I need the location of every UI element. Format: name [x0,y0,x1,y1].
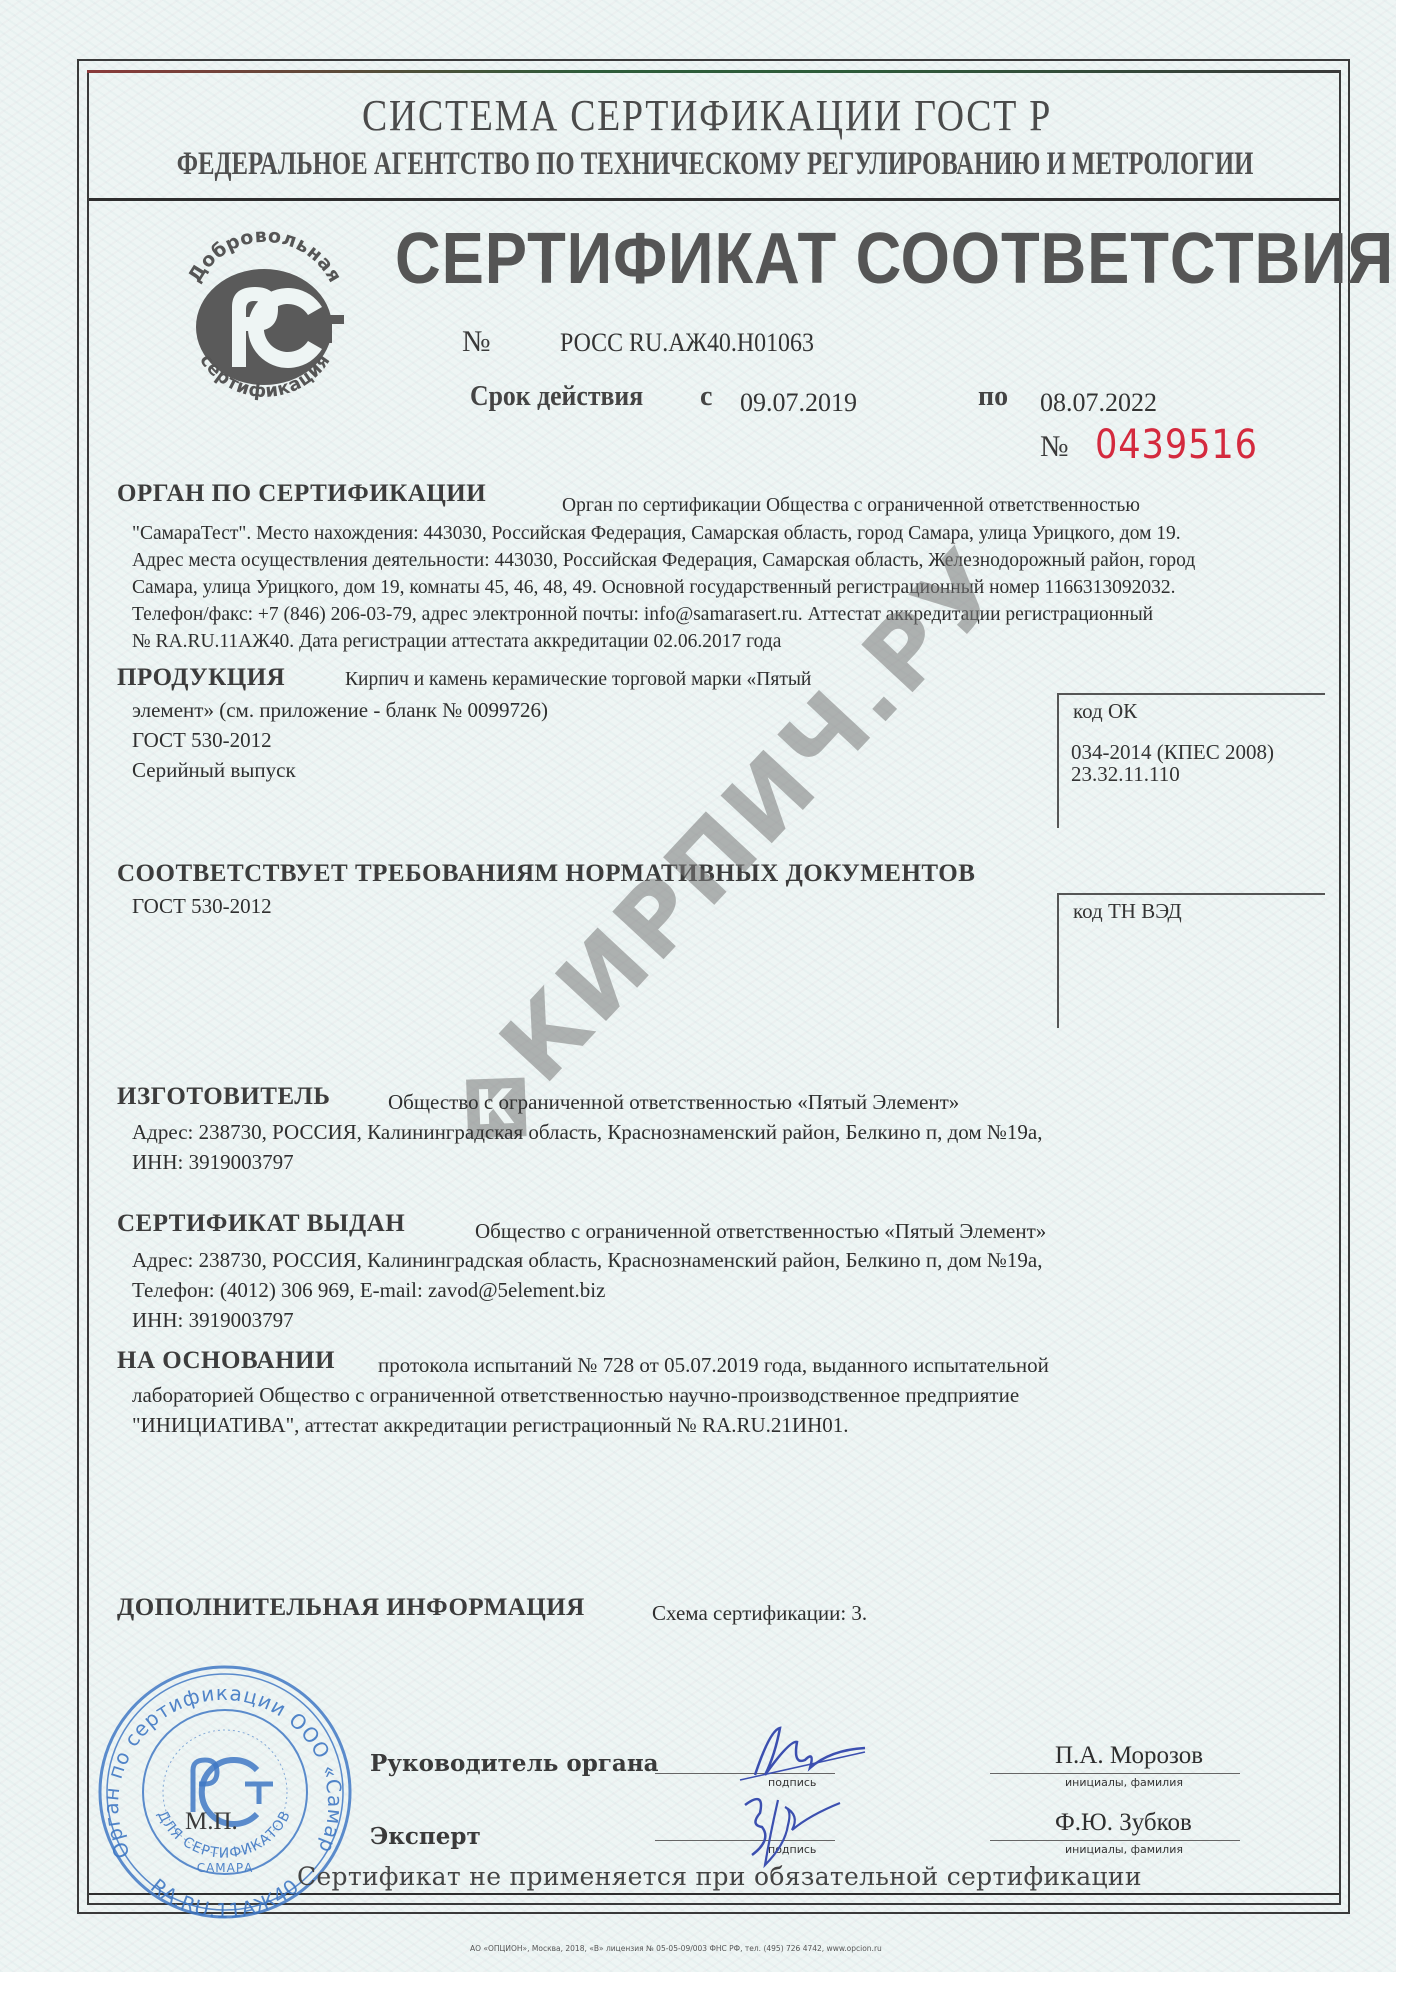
issued-to-line: ИНН: 3919003797 [132,1305,1043,1335]
certification-body-line: "СамараТест". Место нахождения: 443030, … [132,520,1332,547]
valid-to-date: 08.07.2022 [1040,388,1157,418]
expert-role-label: Эксперт [370,1823,481,1850]
blank-number-sign: № [1040,430,1069,464]
conformity-standard: ГОСТ 530-2012 [132,893,272,920]
manufacturer-line: ИНН: 3919003797 [132,1147,1043,1177]
header-divider [89,198,1339,201]
code-ok-line: 23.32.11.110 [1071,763,1274,785]
certification-body-line: № RA.RU.11АЖ40. Дата регистрации аттеста… [132,628,1332,655]
issued-to-line: Адрес: 238730, РОССИЯ, Калининградская о… [132,1245,1043,1275]
printer-info: АО «ОПЦИОН», Москва, 2018, «В» лицензия … [470,1944,882,1953]
certification-body-label: ОРГАН ПО СЕРТИФИКАЦИИ [117,480,486,508]
expert-name-line [990,1840,1240,1841]
product-name: Кирпич и камень керамические торговой ма… [345,666,811,693]
certification-body-line: Самара, улица Урицкого, дом 19, комнаты … [132,574,1332,601]
head-role-label: Руководитель органа [370,1750,659,1777]
disclaimer-text: Сертификат не применяется при обязательн… [297,1862,1142,1891]
basis-line: лабораторией Общество с ограниченной отв… [132,1380,1019,1410]
basis-label: НА ОСНОВАНИИ [117,1347,335,1375]
product-line: элемент» (см. приложение - бланк № 00997… [132,695,548,725]
expert-name-caption: инициалы, фамилия [1065,1843,1183,1856]
basis-line: "ИНИЦИАТИВА", аттестат аккредитации реги… [132,1410,1019,1440]
code-ok-line: 034-2014 (КПЕС 2008) [1071,741,1274,763]
code-ok-box: код ОК 034-2014 (КПЕС 2008) 23.32.11.110 [1057,693,1325,828]
head-signature-icon [735,1720,875,1790]
certification-body-line: Телефон/факс: +7 (846) 206-03-79, адрес … [132,601,1332,628]
additional-info-label: ДОПОЛНИТЕЛЬНАЯ ИНФОРМАЦИЯ [117,1594,585,1622]
conformity-label: СООТВЕТСТВУЕТ ТРЕБОВАНИЯМ НОРМАТИВНЫХ ДО… [117,860,975,888]
manufacturer-line: Адрес: 238730, РОССИЯ, Калининградская о… [132,1117,1043,1147]
number-sign: № [462,325,491,359]
expert-name: Ф.Ю. Зубков [1055,1809,1192,1837]
validity-label: Срок действия [470,381,643,413]
registration-number: РОСС RU.АЖ40.Н01063 [560,328,814,358]
issued-to-details: Адрес: 238730, РОССИЯ, Калининградская о… [132,1245,1043,1335]
svg-text:САМАРА: САМАРА [197,1861,254,1875]
rst-logo-icon: Добровольная сертификация [170,215,360,405]
manufacturer-details: Адрес: 238730, РОССИЯ, Калининградская о… [132,1117,1043,1177]
code-ok-values: 034-2014 (КПЕС 2008) 23.32.11.110 [1071,741,1274,785]
manufacturer-label: ИЗГОТОВИТЕЛЬ [117,1083,330,1111]
code-tnved-label: код ТН ВЭД [1073,899,1182,924]
issued-to-line: Телефон: (4012) 306 969, E-mail: zavod@5… [132,1275,1043,1305]
system-title: СИСТЕМА СЕРТИФИКАЦИИ ГОСТ Р [99,90,1315,141]
frame-top-accent [87,70,1341,73]
certification-body-line: Адрес места осуществления деятельности: … [132,547,1332,574]
document-title: СЕРТИФИКАТ СООТВЕТСТВИЯ [395,218,1394,300]
code-tnved-box: код ТН ВЭД [1057,893,1325,1028]
agency-title: ФЕДЕРАЛЬНОЕ АГЕНТСТВО ПО ТЕХНИЧЕСКОМУ РЕ… [177,146,1238,183]
head-name: П.А. Морозов [1055,1742,1203,1770]
code-ok-label: код ОК [1073,699,1137,724]
product-label: ПРОДУКЦИЯ [117,664,285,692]
blank-number: 0439516 [1095,422,1258,468]
validity-from-label: с [700,381,712,413]
head-name-caption: инициалы, фамилия [1065,1776,1183,1789]
head-name-line [990,1773,1240,1774]
certification-body-details: "СамараТест". Место нахождения: 443030, … [132,520,1332,655]
issued-to-name: Общество с ограниченной ответственностью… [475,1218,1046,1245]
valid-from-date: 09.07.2019 [740,388,857,418]
validity-to-label: по [978,381,1008,413]
svg-text:RA.RU.11АЖ40: RA.RU.11АЖ40 [146,1874,304,1922]
product-line: Серийный выпуск [132,755,548,785]
basis-lead: протокола испытаний № 728 от 05.07.2019 … [378,1352,1049,1379]
additional-info-value: Схема сертификации: 3. [652,1600,867,1627]
manufacturer-name: Общество с ограниченной ответственностью… [388,1089,959,1116]
product-details: элемент» (см. приложение - бланк № 00997… [132,695,548,785]
basis-details: лабораторией Общество с ограниченной отв… [132,1380,1019,1440]
seal-place-label: М.П. [185,1808,238,1836]
product-line: ГОСТ 530-2012 [132,725,548,755]
issued-to-label: СЕРТИФИКАТ ВЫДАН [117,1210,405,1238]
certification-body-lead: Орган по сертификации Общества с огранич… [562,492,1140,519]
